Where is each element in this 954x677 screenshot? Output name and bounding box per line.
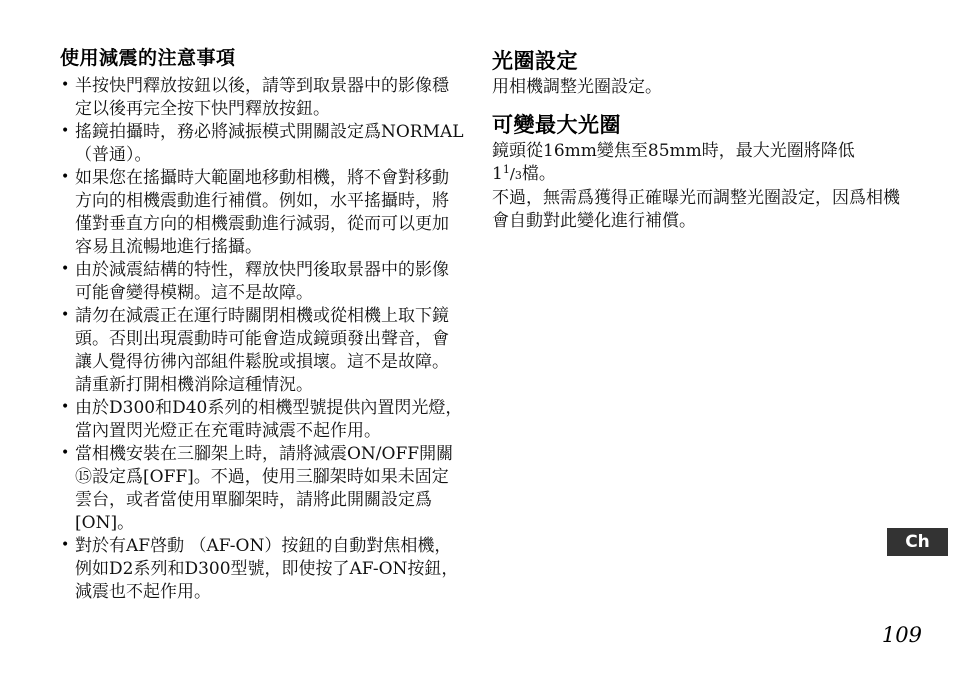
section-variable-max-aperture: 可變最大光圈 鏡頭從16mm變焦至85mm時，最大光圈將降低 11/3檔。 不過… (492, 112, 912, 233)
section-aperture-setting: 光圈設定 用相機調整光圈設定。 (492, 48, 912, 99)
exposure-compensation-text: 不過，無需爲獲得正確曝光而調整光圈設定，因爲相機會自動對此變化進行補償。 (492, 187, 912, 233)
note-item: 半按快門釋放按鈕以後，請等到取景器中的影像穩定以後再完全按下快門釋放按鈕。 (60, 75, 464, 121)
aperture-setting-text: 用相機調整光圈設定。 (492, 76, 912, 99)
fraction-whole: 1 (492, 164, 503, 184)
right-column: 光圈設定 用相機調整光圈設定。 可變最大光圈 鏡頭從16mm變焦至85mm時，最… (492, 48, 912, 233)
aperture-stop-fraction: 11/3檔。 (492, 164, 556, 184)
note-item: 當相機安裝在三腳架上時，請將減震ON/OFF開關⑮設定爲[OFF]。不過，使用三… (60, 443, 464, 535)
note-item: 對於有AF啓動 （AF-ON）按鈕的自動對焦相機，例如D2系列和D300型號，即… (60, 535, 464, 604)
fraction-unit: 檔。 (522, 164, 556, 184)
note-item: 請勿在減震正在運行時關閉相機或從相機上取下鏡頭。否則出現震動時可能會造成鏡頭發出… (60, 305, 464, 397)
left-column: 使用減震的注意事項 半按快門釋放按鈕以後，請等到取景器中的影像穩定以後再完全按下… (60, 46, 464, 604)
vr-notes-list: 半按快門釋放按鈕以後，請等到取景器中的影像穩定以後再完全按下快門釋放按鈕。 搖鏡… (60, 75, 464, 604)
fraction-numerator: 1 (503, 163, 510, 176)
note-item: 由於減震結構的特性，釋放快門後取景器中的影像可能會變得模糊。這不是故障。 (60, 259, 464, 305)
section-heading-variable-max-aperture: 可變最大光圈 (492, 112, 912, 138)
language-badge: Ch (887, 528, 948, 556)
page-number: 109 (860, 623, 922, 647)
max-aperture-line1: 鏡頭從16mm變焦至85mm時，最大光圈將降低 (492, 141, 855, 161)
section-heading-vr-notes: 使用減震的注意事項 (60, 46, 464, 70)
note-item: 如果您在搖攝時大範圍地移動相機，將不會對移動方向的相機震動進行補償。例如，水平搖… (60, 167, 464, 259)
variable-max-aperture-text: 鏡頭從16mm變焦至85mm時，最大光圈將降低 11/3檔。 (492, 140, 912, 187)
fraction-denominator: 3 (515, 169, 522, 182)
note-item: 搖鏡拍攝時，務必將減振模式開關設定爲NORMAL （普通）。 (60, 121, 464, 167)
note-item: 由於D300和D40系列的相機型號提供內置閃光燈，當內置閃光燈正在充電時減震不起… (60, 397, 464, 443)
manual-page: 使用減震的注意事項 半按快門釋放按鈕以後，請等到取景器中的影像穩定以後再完全按下… (0, 0, 954, 677)
section-heading-aperture: 光圈設定 (492, 48, 912, 74)
